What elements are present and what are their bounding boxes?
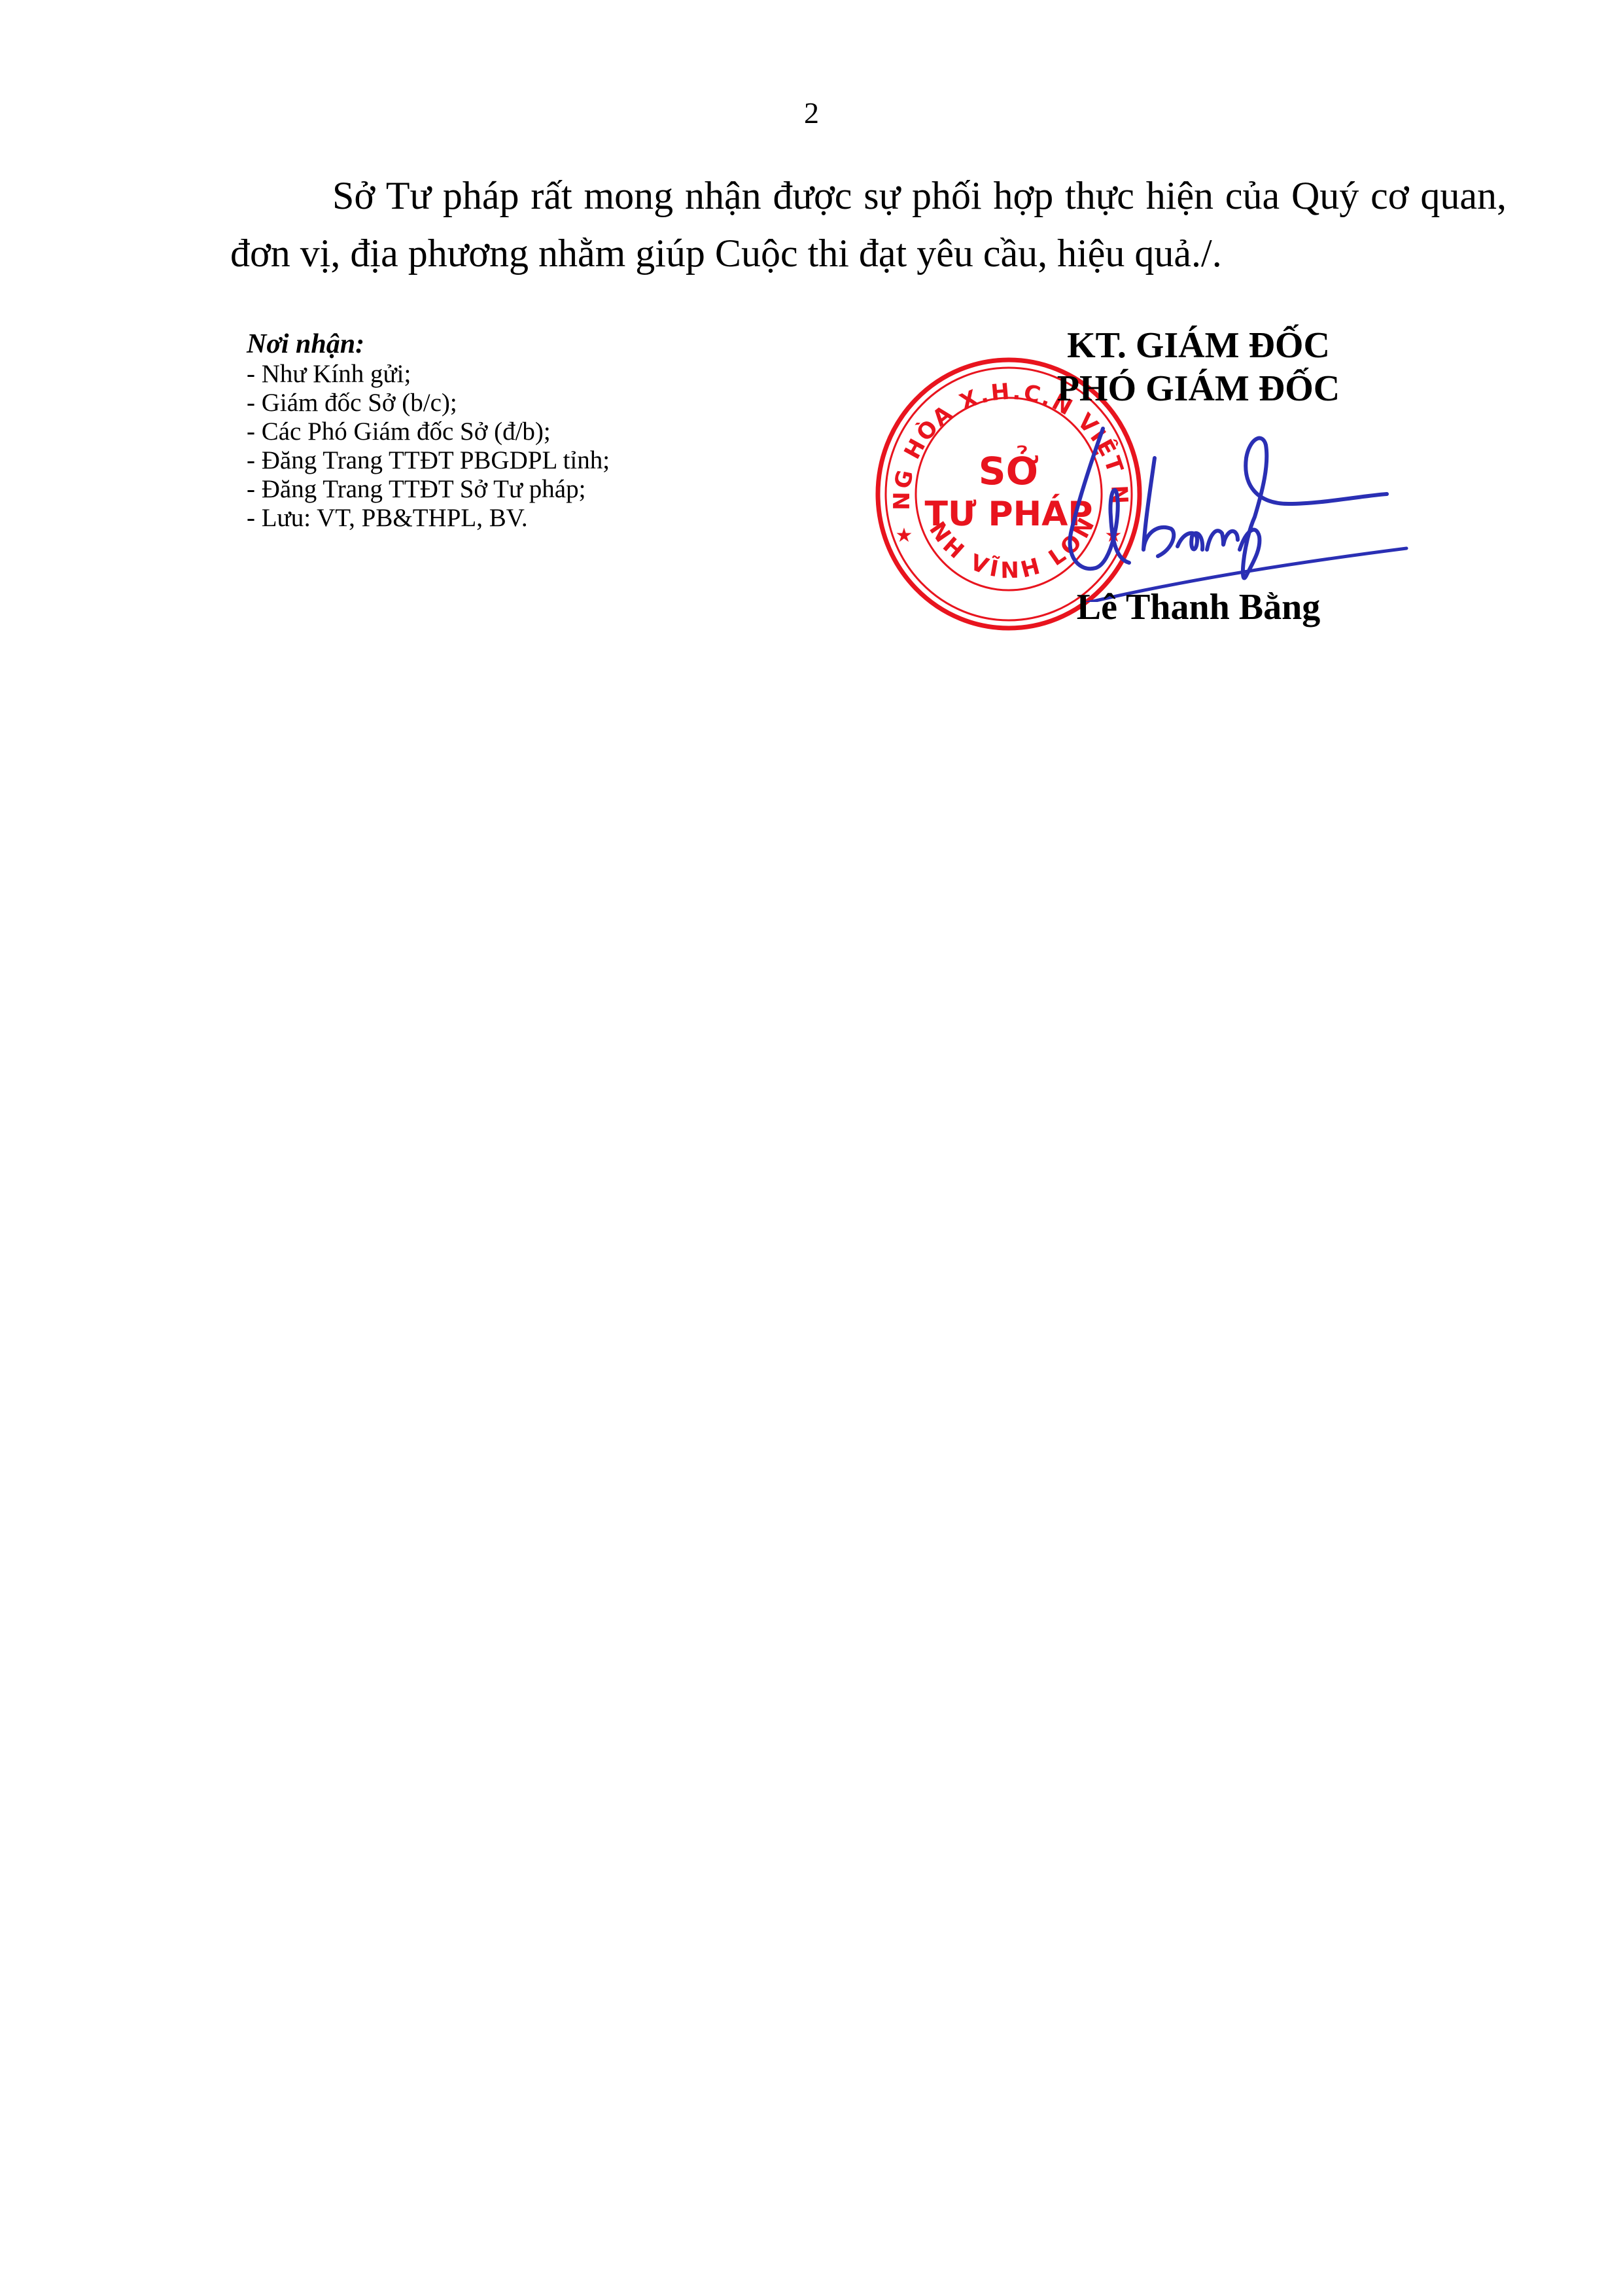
recipients-title: Nơi nhận: [247, 328, 835, 360]
document-page: 2 Sở Tư pháp rất mong nhận được sự phối … [0, 0, 1623, 2296]
recipient-item: - Đăng Trang TTĐT Sở Tư pháp; [247, 475, 835, 504]
recipient-item: - Như Kính gửi; [247, 360, 835, 389]
signature-title: KT. GIÁM ĐỐC PHÓ GIÁM ĐỐC [1002, 324, 1395, 410]
handwritten-signature-icon [981, 419, 1439, 602]
signature-title-line1: KT. GIÁM ĐỐC [1002, 324, 1395, 367]
recipient-item: - Giám đốc Sở (b/c); [247, 389, 835, 417]
closing-text: Sở Tư pháp rất mong nhận được sự phối hợ… [230, 174, 1507, 275]
recipient-item: - Đăng Trang TTĐT PBGDPL tỉnh; [247, 446, 835, 475]
recipient-item: - Các Phó Giám đốc Sở (đ/b); [247, 417, 835, 446]
recipients-block: Nơi nhận: - Như Kính gửi; - Giám đốc Sở … [247, 328, 835, 533]
signature-title-line2: PHÓ GIÁM ĐỐC [1002, 367, 1395, 410]
svg-text:★: ★ [896, 524, 913, 547]
recipient-item: - Lưu: VT, PB&THPL, BV. [247, 504, 835, 533]
closing-paragraph: Sở Tư pháp rất mong nhận được sự phối hợ… [230, 167, 1507, 282]
signer-name: Lê Thanh Bằng [1002, 586, 1395, 629]
page-number: 2 [0, 98, 1623, 128]
